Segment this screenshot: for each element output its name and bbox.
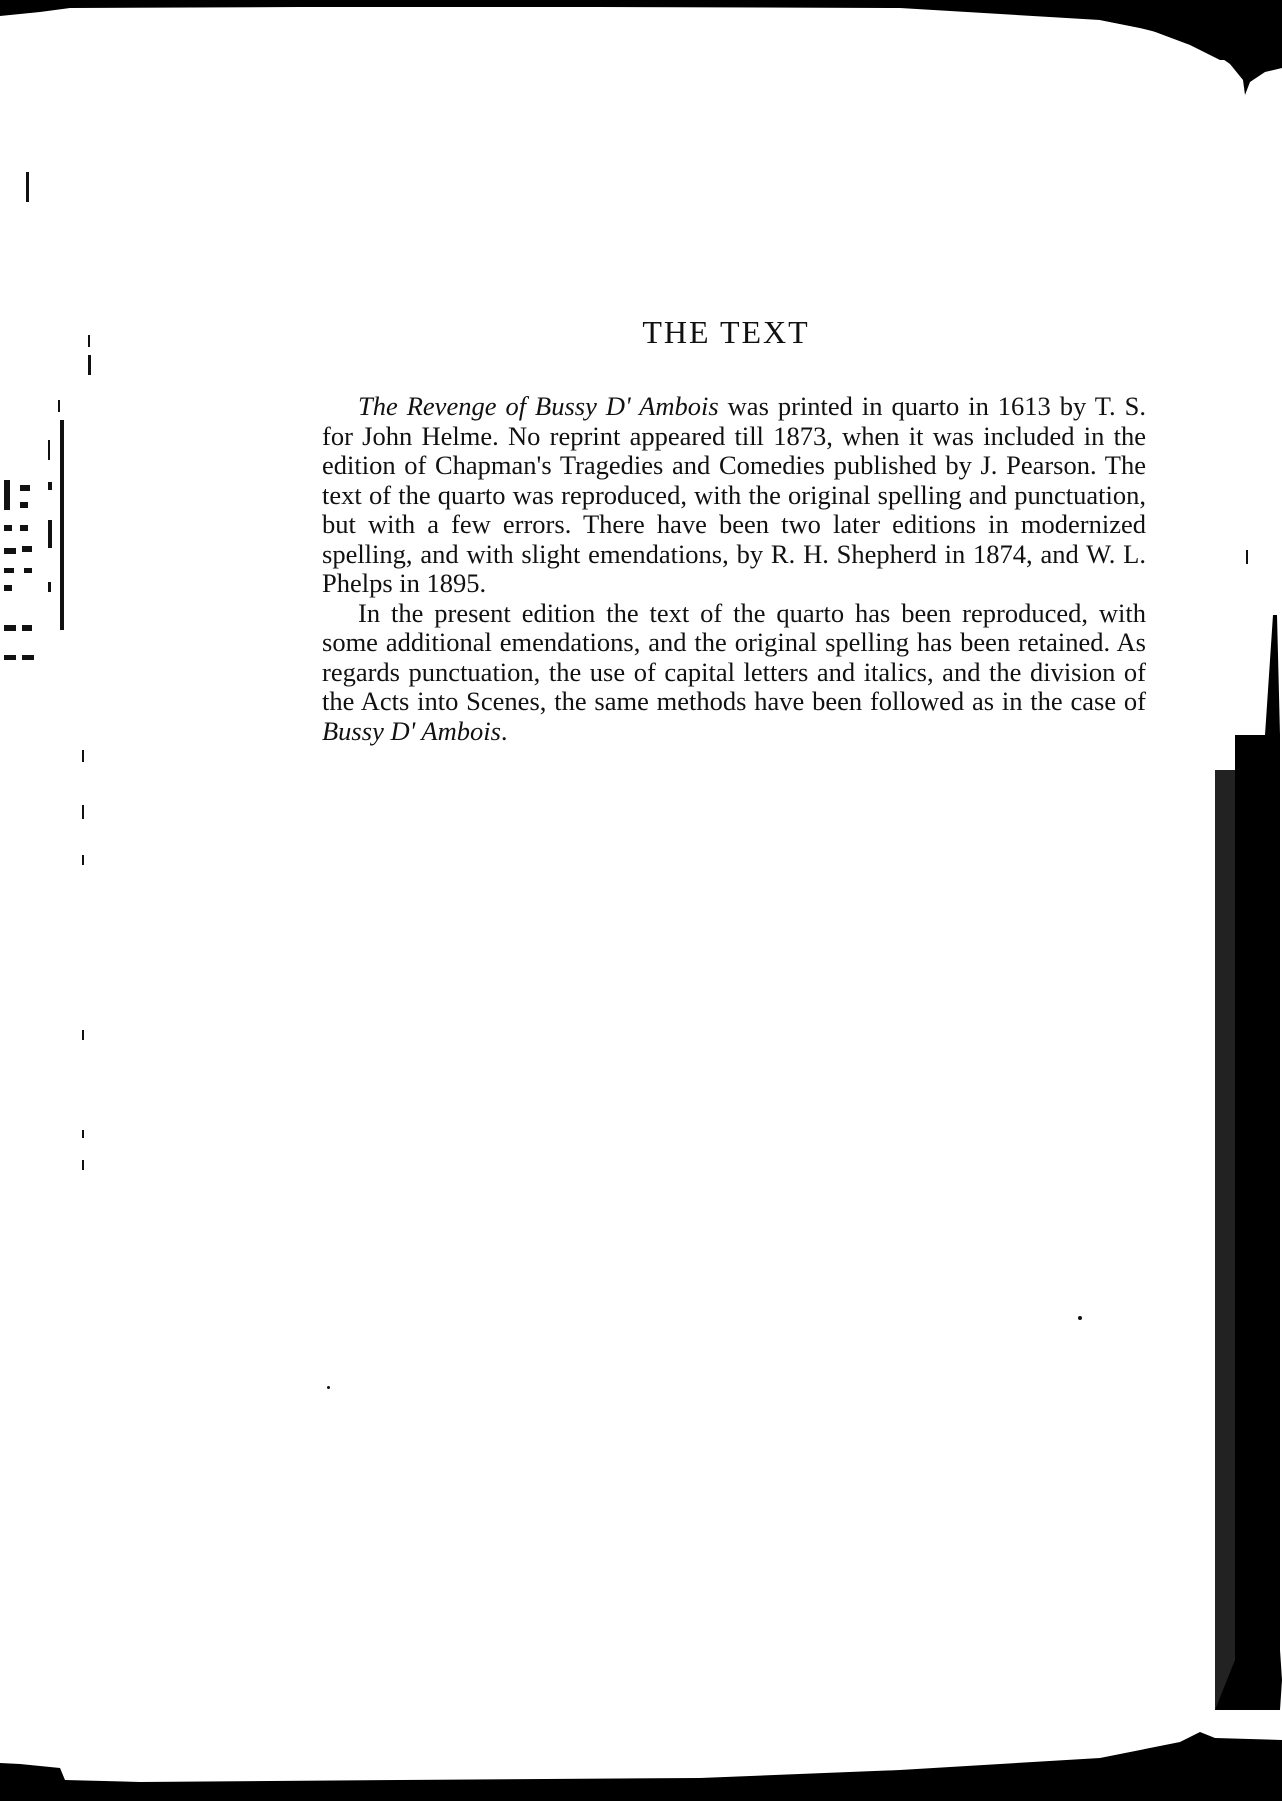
page-title: THE TEXT: [0, 314, 1282, 351]
scan-border-bottom: [0, 1700, 1282, 1801]
paragraph-1: The Revenge of Bussy D' Ambois was print…: [322, 392, 1146, 599]
paragraph-1-text: was printed in quarto in 1613 by T. S. f…: [322, 391, 1146, 598]
paragraph-2-text: In the present edition the text of the q…: [322, 598, 1146, 717]
paragraph-2: In the present edition the text of the q…: [322, 599, 1146, 747]
scan-border-right: [1180, 600, 1282, 1710]
body-text: The Revenge of Bussy D' Ambois was print…: [322, 392, 1146, 746]
ink-speck: [1246, 550, 1248, 564]
scan-corner-top-right: [1100, 0, 1282, 100]
scan-border-top: [0, 0, 1282, 60]
paragraph-2-end: .: [501, 716, 508, 746]
ink-speck: [1078, 1316, 1082, 1320]
italic-play-title: The Revenge of Bussy D' Ambois: [358, 391, 719, 421]
bleed-through-marks: [0, 150, 110, 1190]
ink-speck: [327, 1386, 330, 1389]
italic-play-title: Bussy D' Ambois: [322, 716, 501, 746]
